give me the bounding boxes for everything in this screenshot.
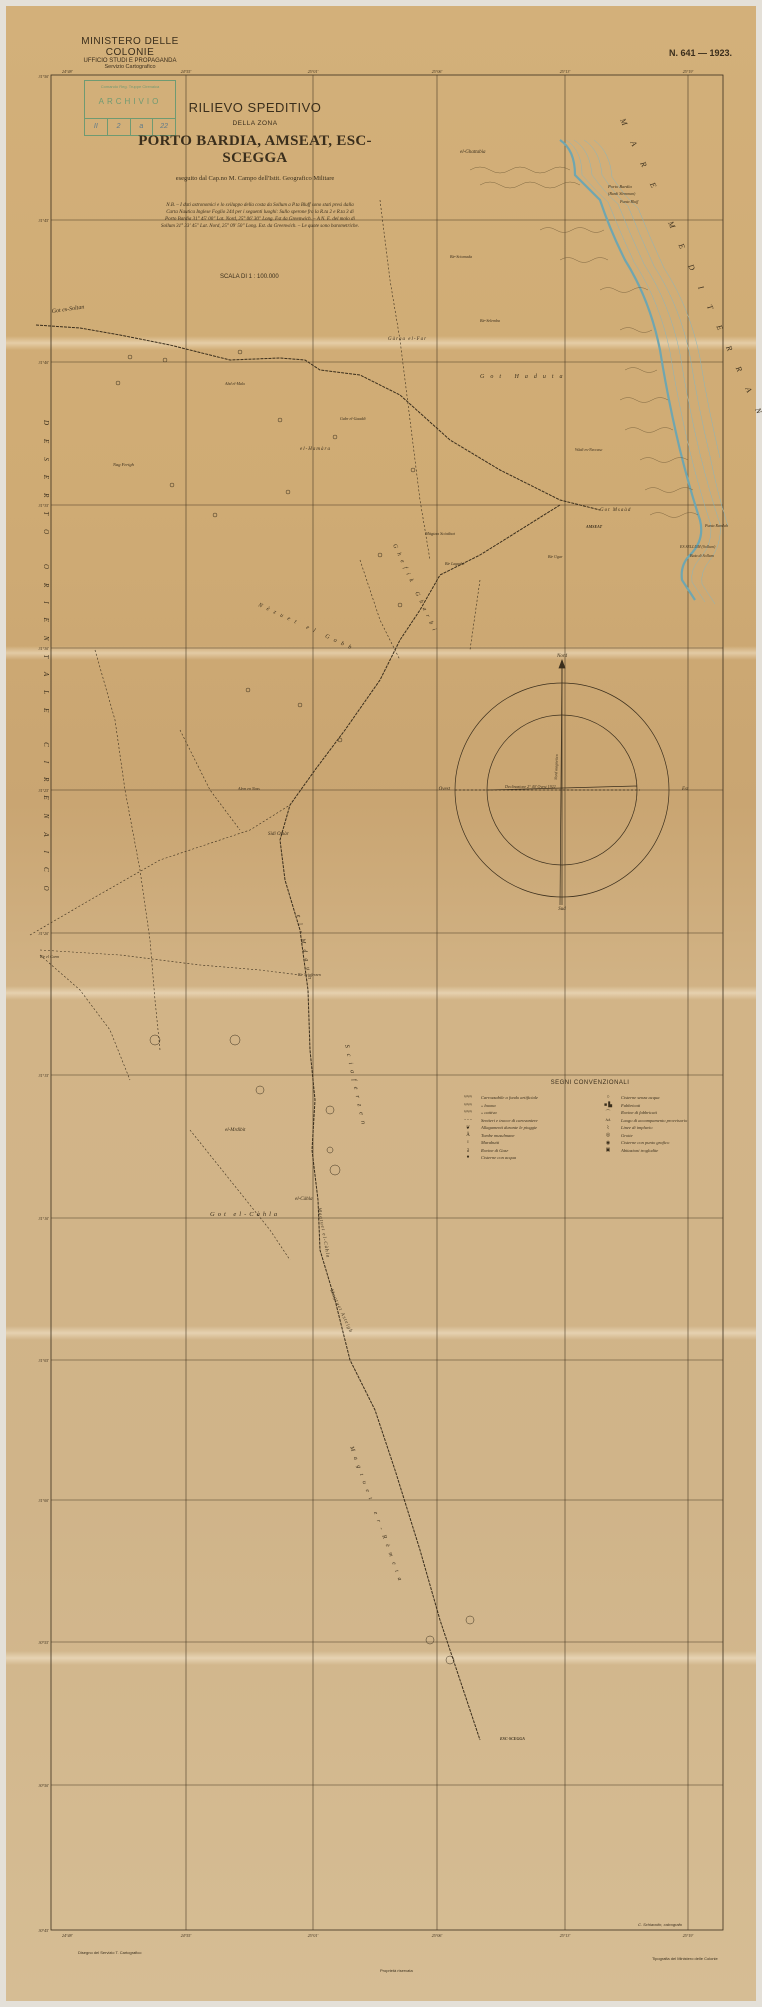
legend: SEGNI CONVENZIONALI ≈≈≈Carrozzabile a fo… xyxy=(455,1080,725,1162)
map-frame xyxy=(51,75,723,1930)
cistern-empty-symbol-icon: ○ xyxy=(595,1095,621,1100)
title-line-1: RILIEVO SPEDITIVO xyxy=(135,100,375,115)
legend-col-right: ○Cisterne senza acqua ■ ▙Fabbricati ⌒Rov… xyxy=(595,1094,725,1162)
legend-item: ⌒Rovine di fabbricati xyxy=(595,1109,725,1117)
legend-label: Tombe musulmane xyxy=(481,1133,514,1138)
legend-label: Allagamenti durante le pioggie xyxy=(481,1125,537,1130)
lon-label: 24°55' xyxy=(181,1933,192,1938)
building-ruin-symbol-icon: ⌒ xyxy=(595,1109,621,1116)
bir-lagadai-label: Bir Lagadai xyxy=(445,561,464,566)
bir-el-carm-label: Bir el Carm xyxy=(40,954,59,959)
porto-bardia-sub-label: (Burdi Slemman) xyxy=(608,191,636,196)
nezuet-el-gobb-label: Nèzuet el Gobb xyxy=(256,602,356,653)
nag-ferigh-label: Nag Ferigh xyxy=(112,462,135,467)
compass-rose xyxy=(455,660,669,905)
legend-col-left: ≈≈≈Carrozzabile a fondo artificiale ≈≈≈»… xyxy=(455,1094,585,1162)
legend-item: ÅTombe musulmane xyxy=(455,1132,585,1140)
legend-item: ɪMarabutti xyxy=(455,1139,585,1147)
lat-label: 30°55' xyxy=(39,1640,50,1645)
legend-item: ⌇Linee di impluvio xyxy=(595,1124,725,1132)
legend-item: ᵹRovine di Gasr xyxy=(455,1147,585,1155)
escarpment-hachures xyxy=(470,167,698,518)
ministry-name: MINISTERO DELLE COLONIE xyxy=(60,36,200,58)
got-msaad-label: Got Msaàd xyxy=(600,508,631,513)
legend-item: ≈≈≈» cattiva xyxy=(455,1109,585,1117)
amseat-label: AMSEAT xyxy=(585,524,603,529)
el-ghattabia-label: el-Ghattabia xyxy=(460,150,486,155)
legend-item: - - -Sentieri e tracce di carovaniere xyxy=(455,1117,585,1125)
lat-label: 31°00' xyxy=(39,1498,50,1503)
magtaa-sciaibat-label: Màgtaa Sciaibat xyxy=(424,531,456,536)
footer-left: Disegno del Servizio T. Cartografico xyxy=(78,1950,142,1955)
cistern-markers xyxy=(116,350,474,1664)
stamp-cell: II xyxy=(85,119,108,135)
lat-label: 30°45' xyxy=(39,1928,50,1933)
compass-south-label: Sud xyxy=(558,907,566,912)
alem-en-nass-label: Alem en Nass xyxy=(237,786,260,791)
legend-item: ᴧᴧLuogo di accampamento provvisorio xyxy=(595,1117,725,1125)
ministry-header: MINISTERO DELLE COLONIE UFFICIO STUDI E … xyxy=(60,36,200,70)
lat-label: 31°05' xyxy=(39,1358,50,1363)
building-symbol-icon: ■ ▙ xyxy=(595,1102,621,1108)
legend-item: ●Cisterne con acqua xyxy=(455,1154,585,1162)
sidi-omar-label: Sidi Omàr xyxy=(268,832,289,837)
scale-label: SCALA DI 1 : 100.000 xyxy=(220,274,279,280)
lat-label: 31°30' xyxy=(39,646,50,651)
legend-title: SEGNI CONVENZIONALI xyxy=(455,1080,725,1086)
road-symbol-icon: ≈≈≈ xyxy=(455,1095,481,1100)
lat-label: 31°25' xyxy=(39,788,50,793)
cave-symbol-icon: ◎ xyxy=(595,1132,621,1138)
punta-ramlah-label: Punta Ramlah xyxy=(704,523,728,528)
marabout-symbol-icon: ɪ xyxy=(455,1140,481,1145)
lon-label: 25°19' xyxy=(683,69,694,74)
map-canvas: Nord Sud Est Ovest Declinazione 2° 40' O… xyxy=(0,0,762,2007)
got-el-cahla-label: Got el-Càhla xyxy=(210,1211,280,1218)
title-line-3: PORTO BARDIA, AMSEAT, ESC-SCEGGA xyxy=(135,133,375,167)
legend-item: ◉Cisterne con punto grafico xyxy=(595,1139,725,1147)
lat-label: 31°35' xyxy=(39,503,50,508)
legend-label: Cisterne con acqua xyxy=(481,1155,516,1160)
lon-label: 25°01' xyxy=(308,1933,319,1938)
roads xyxy=(36,325,600,1740)
el-hamara-label: el-Hamàra xyxy=(300,447,331,452)
legend-label: Rovine di Gasr xyxy=(481,1148,508,1153)
map-title-block: RILIEVO SPEDITIVO DELLA ZONA PORTO BARDI… xyxy=(135,100,375,182)
got-es-soltan-label: Got es-Soltan xyxy=(51,304,84,315)
sciaferzen-label: Sciaferzen xyxy=(343,1044,368,1131)
sea-label: MARE MEDITERRANEO xyxy=(618,116,762,474)
lon-label: 25°19' xyxy=(683,1933,694,1938)
legend-label: Rovine di fabbricati xyxy=(621,1110,657,1115)
camp-symbol-icon: ᴧᴧ xyxy=(595,1118,621,1123)
bir-ugar-label: Bir Ugar xyxy=(548,554,563,559)
lat-label: 31°40' xyxy=(39,360,50,365)
bottom-longitude-labels: 24°48' 24°55' 25°01' 25°06' 25°13' 25°19… xyxy=(62,1933,693,1938)
cistern-point-symbol-icon: ◉ xyxy=(595,1140,621,1146)
got-haduta-label: Got Haduta xyxy=(480,374,569,380)
legend-label: Cisterne con punto grafico xyxy=(621,1140,669,1145)
compass-west-label: Ovest xyxy=(439,787,451,792)
tomb-symbol-icon: Å xyxy=(455,1133,481,1138)
title-line-2: DELLA ZONA xyxy=(135,120,375,127)
legend-item: ❦Allagamenti durante le pioggie xyxy=(455,1124,585,1132)
legend-label: Luogo di accampamento provvisorio xyxy=(621,1118,687,1123)
lon-label: 25°13' xyxy=(560,1933,571,1938)
lon-label: 24°48' xyxy=(62,1933,73,1938)
legend-label: Sentieri e tracce di carovaniere xyxy=(481,1118,538,1123)
legend-label: Abitazioni troglodite xyxy=(621,1148,658,1153)
garaa-el-far-label: Gàraa el-Far xyxy=(388,337,427,342)
es-sellum-label: ES SELLUM (Sollum) xyxy=(679,544,716,549)
lat-label: 30°50' xyxy=(39,1783,50,1788)
legend-label: » buona xyxy=(481,1103,496,1108)
el-mrdibit-label: el-Mrdibit xyxy=(225,1128,246,1133)
meridian-lines xyxy=(186,75,688,1930)
legend-item: ◎Grotte xyxy=(595,1132,725,1140)
porto-bardia-label: Porto Bardia xyxy=(607,184,632,189)
magtuet-el-cahla-label: Magtuet el-Càhla xyxy=(316,1206,330,1258)
coastline xyxy=(560,140,728,604)
legend-label: Fabbricati xyxy=(621,1103,640,1108)
baia-sollum-label: Baia di Sollum xyxy=(690,553,714,558)
gabr-el-gaaddi-label: Gabr el-Gaaddi xyxy=(340,416,366,421)
lat-label: 31°20' xyxy=(39,931,50,936)
legend-item: ≈≈≈» buona xyxy=(455,1102,585,1110)
abd-el-malo-label: Abd el-Malo xyxy=(224,381,245,386)
legend-item: ■ ▙Fabbricati xyxy=(595,1102,725,1110)
legend-item: ○Cisterne senza acqua xyxy=(595,1094,725,1102)
legend-label: Linee di impluvio xyxy=(621,1125,653,1130)
legend-item: ▣Abitazioni troglodite xyxy=(595,1147,725,1155)
track-symbol-icon: - - - xyxy=(455,1118,481,1123)
engraver-credit: C. Schiavolin, calcografo xyxy=(638,1922,682,1927)
service-name: Servizio Cartografico xyxy=(60,64,200,70)
magtuet-asteigh-label: Magtuet Asteigh xyxy=(328,1288,353,1334)
wadi-es-neccasc-label: Wàdi es-Neccasc xyxy=(575,447,603,452)
ghefik-gharbi-label: Ghefik Gharbi xyxy=(391,543,440,636)
stamp-line: Comando Reg. Truppe Cirenaica xyxy=(85,84,175,89)
title-line-4: eseguito dal Cap.no M. Campo dell'Istit.… xyxy=(135,175,375,182)
legend-label: Grotte xyxy=(621,1133,633,1138)
note-block: N.B. – I dati astronomici e lo sviluppo … xyxy=(160,202,360,230)
legend-label: » cattiva xyxy=(481,1110,497,1115)
sheet-number: N. 641 — 1923. xyxy=(669,48,732,58)
legend-label: Cisterne senza acqua xyxy=(621,1095,660,1100)
lon-label: 25°13' xyxy=(560,69,571,74)
cistern-water-symbol-icon: ● xyxy=(455,1155,481,1160)
legend-label: Marabutti xyxy=(481,1140,499,1145)
esc-scegga-label: ESC-SCEGGA xyxy=(499,1736,525,1741)
lat-label: 31°50' xyxy=(39,74,50,79)
magnetic-north-label: Nord magnetico xyxy=(553,754,559,781)
compass-east-label: Est xyxy=(681,787,689,792)
desert-label: DESERTO ORIENTALE CIRENAICO xyxy=(42,419,50,905)
lon-label: 25°06' xyxy=(432,69,443,74)
punta-bluff-label: Punta Bluff xyxy=(619,199,639,204)
footer-right: Tipografia del Ministero delle Colonie xyxy=(652,1956,718,1961)
road-symbol-icon: ≈≈≈ xyxy=(455,1103,481,1108)
troglodyte-dwelling-symbol-icon: ▣ xyxy=(595,1147,621,1153)
lon-label: 25°01' xyxy=(308,69,319,74)
lat-label: 31°45' xyxy=(39,218,50,223)
magtuet-er-remeta-label: Magtuet er-Rèmeta xyxy=(348,1445,405,1587)
lat-label: 31°10' xyxy=(39,1216,50,1221)
bir-selemba-label: Bir-Selemba xyxy=(480,318,500,323)
lon-label: 25°06' xyxy=(432,1933,443,1938)
legend-item: ≈≈≈Carrozzabile a fondo artificiale xyxy=(455,1094,585,1102)
legend-label: Carrozzabile a fondo artificiale xyxy=(481,1095,538,1100)
latitude-labels: 31°50' 31°45' 31°40' 31°35' 31°30' 31°25… xyxy=(39,74,50,1933)
declination-label: Declinazione 2° 40' Ovest 1922 xyxy=(504,784,556,789)
el-cahla-label: el-Càhla xyxy=(295,1197,313,1202)
ruin-symbol-icon: ᵹ xyxy=(455,1148,481,1153)
road-symbol-icon: ≈≈≈ xyxy=(455,1110,481,1115)
compass-north-label: Nord xyxy=(556,654,568,659)
stamp-cell: 2 xyxy=(108,119,131,135)
flood-symbol-icon: ❦ xyxy=(455,1125,481,1131)
footer-center: Proprietà riservata xyxy=(380,1968,413,1973)
lat-label: 31°15' xyxy=(39,1073,50,1078)
watercourse-symbol-icon: ⌇ xyxy=(595,1125,621,1131)
bir-sciomada-label: Bir-Sciomada xyxy=(450,254,472,259)
